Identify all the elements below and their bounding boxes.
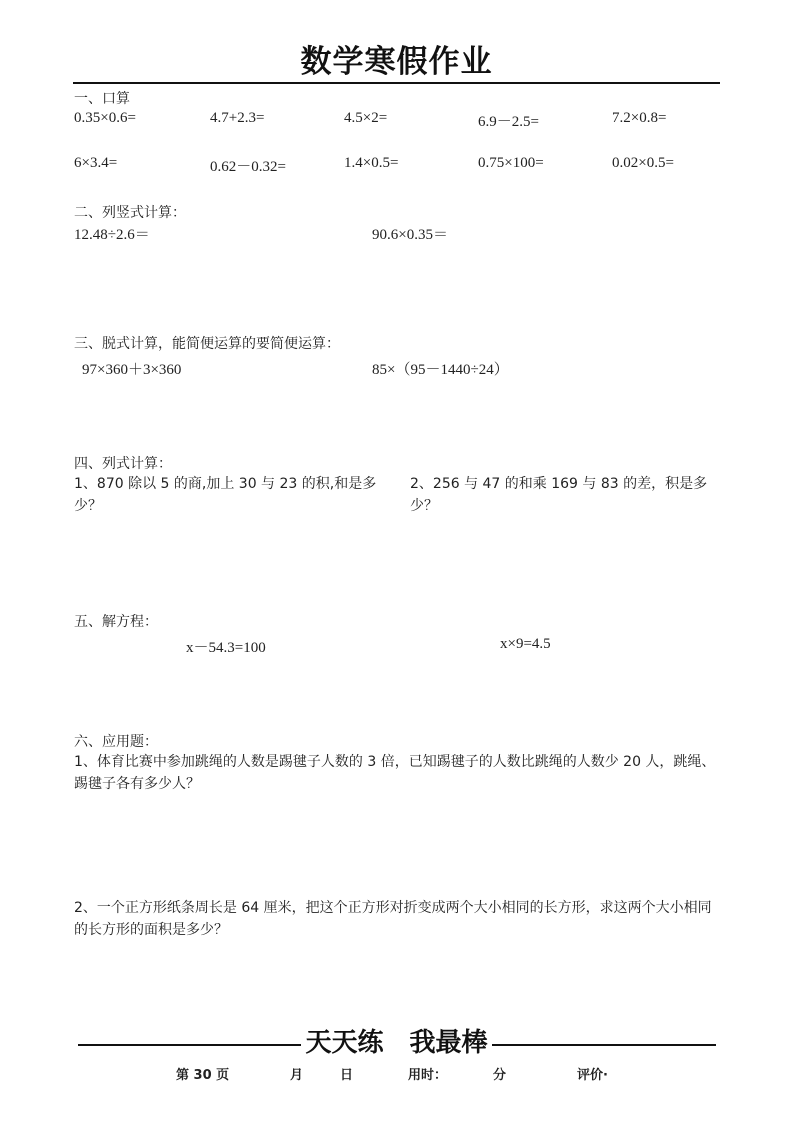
month-field: 月 [290,1064,303,1083]
word-problem-item: 2、一个正方形纸条周长是 64 厘米，把这个正方形对折变成两个大小相同的长方形，… [74,897,724,941]
footer-slogan: 天天练 我最棒 [301,1028,491,1058]
oral-calc-item: 6×3.4= [74,155,117,172]
day-field: 日 [340,1064,353,1083]
title-divider [73,82,720,84]
page-number: 第 30 页 [176,1064,229,1083]
section-6-heading: 六、应用题： [74,731,158,751]
section-3-heading: 三、脱式计算，能简便运算的要简便运算： [74,333,340,353]
rating-label: 评价· [577,1064,608,1083]
section-2-heading: 二、列竖式计算： [74,202,186,222]
oral-calc-item: 7.2×0.8= [612,110,666,127]
minutes-label: 分 [493,1064,506,1083]
word-calc-item: 2、256 与 47 的和乘 169 与 83 的差，积是多少？ [410,473,722,517]
time-label: 用时： [408,1064,447,1083]
oral-calc-item: 6.9－2.5= [478,110,539,131]
oral-calc-item: 0.35×0.6= [74,110,136,127]
stepwise-calc-item: 85×（95－1440÷24） [372,358,509,379]
vertical-calc-item: 90.6×0.35＝ [372,223,448,244]
equation-item: x－54.3=100 [186,636,266,657]
oral-calc-item: 1.4×0.5= [344,155,398,172]
vertical-calc-item: 12.48÷2.6＝ [74,223,150,244]
oral-calc-item: 4.7+2.3= [210,110,264,127]
footer-slogan-wrap: 天天练 我最棒 [0,1022,793,1059]
section-1-heading: 一、口算 [74,88,130,108]
section-5-heading: 五、解方程： [74,611,158,631]
oral-calc-item: 0.62－0.32= [210,155,286,176]
page-title: 数学寒假作业 [0,36,793,81]
word-problem-item: 1、体育比赛中参加跳绳的人数是踢毽子人数的 3 倍，已知踢毽子的人数比跳绳的人数… [74,751,724,795]
oral-calc-item: 0.02×0.5= [612,155,674,172]
equation-item: x×9=4.5 [500,636,551,653]
section-4-heading: 四、列式计算： [74,453,172,473]
stepwise-calc-item: 97×360＋3×360 [82,358,181,379]
oral-calc-item: 0.75×100= [478,155,544,172]
word-calc-item: 1、870 除以 5 的商,加上 30 与 23 的积,和是多少？ [74,473,390,517]
oral-calc-item: 4.5×2= [344,110,387,127]
